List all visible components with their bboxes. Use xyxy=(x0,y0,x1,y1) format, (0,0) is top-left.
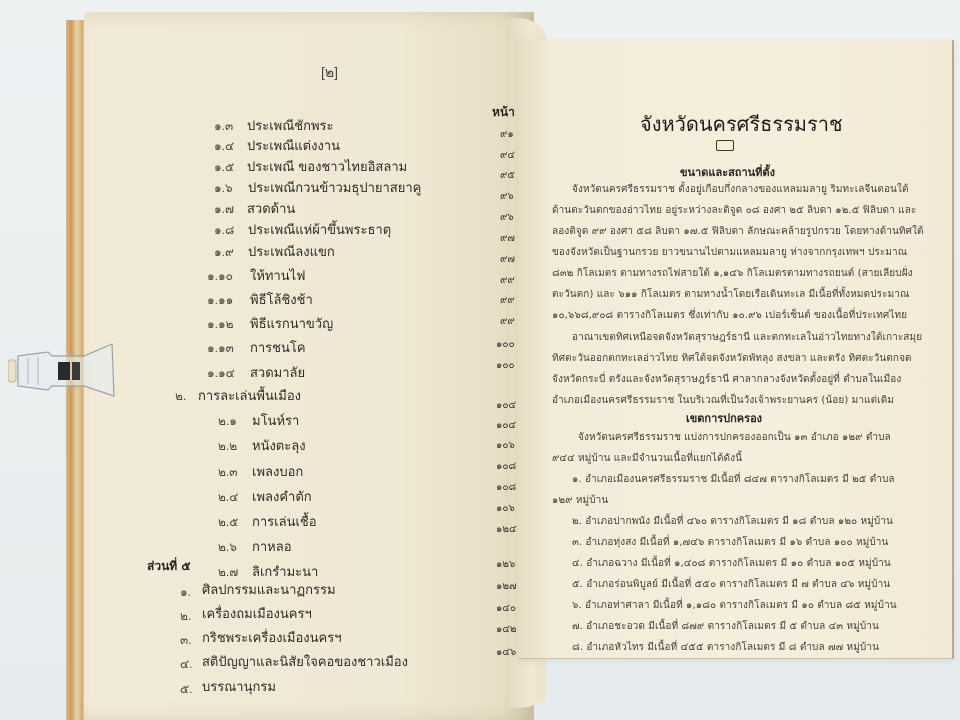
toc-page: ๑๐๐ xyxy=(496,358,515,373)
toc-label: กริชพระเครื่องเมืองนครฯ xyxy=(202,627,342,648)
toc-page: ๑๐๘ xyxy=(496,459,516,474)
toc-page: ๑๐๖ xyxy=(496,501,515,516)
toc-number: ๒.๓ xyxy=(218,463,237,482)
body-line: ๕. อำเภอร่อนพิบูลย์ มีเนื้อที่ ๕๕๐ ตาราง… xyxy=(572,577,890,592)
page-column-header: หน้า xyxy=(492,103,515,122)
toc-page: ๙๙ xyxy=(500,273,515,288)
toc-number: ๒. xyxy=(175,387,186,406)
body-line: ๘. อำเภอหัวไทร มีเนื้อที่ ๔๕๕ ตารางกิโลเ… xyxy=(572,640,879,655)
toc-page: ๙๖ xyxy=(500,210,514,225)
section-heading-administration: เขตการปกครอง xyxy=(686,409,762,427)
toc-number: ๒. xyxy=(180,607,191,626)
body-line: ตะวันตก) และ ๖๑๑ กิโลเมตร ตามทางน้ำโดยเร… xyxy=(552,287,909,302)
toc-page: ๙๖ xyxy=(500,189,514,204)
body-line: ของจังหวัดเป็นฐานกรวย ยาวขนานไปตามแหลมมล… xyxy=(552,245,907,260)
section-heading-size-location: ขนาดและสถานที่ตั้ง xyxy=(680,163,775,181)
toc-label: หนังตะลุง xyxy=(252,435,306,456)
toc-page: ๑๔๒ xyxy=(496,622,517,637)
toc-label: ให้ทานไฟ xyxy=(250,265,305,286)
body-line: ๑๒๙ หมู่บ้าน xyxy=(552,493,608,508)
toc-number: ๑.๖ xyxy=(214,179,233,198)
toc-page: ๙๙ xyxy=(500,293,515,308)
binder-clip-icon xyxy=(8,342,116,400)
toc-page: ๑๐๖ xyxy=(496,438,515,453)
toc-label: ศิลปกรรมและนาฏกรรม xyxy=(202,579,336,600)
section-page: ๑๒๖ xyxy=(496,557,515,572)
toc-label: สติปัญญาและนิสัยใจคอของชาวเมือง xyxy=(202,651,408,672)
toc-number: ๑.๘ xyxy=(214,221,234,240)
body-line: อำเภอเมืองนครศรีธรรมราช ในบริเวณที่เป็นว… xyxy=(552,393,894,408)
toc-page: ๙๗ xyxy=(500,231,515,246)
toc-number: ๑.๑๑ xyxy=(207,291,233,310)
toc-label: เครื่องถมเมืองนครฯ xyxy=(202,603,312,624)
body-line: จังหวัดนครศรีธรรมราช ตั้งอยู่เกือบกึ่งกล… xyxy=(572,182,909,197)
toc-page: ๑๐๔ xyxy=(496,398,516,413)
chapter-title: จังหวัดนครศรีธรรมราช xyxy=(640,108,843,140)
toc-number: ๒.๔ xyxy=(218,488,238,507)
toc-number: ๑.๑๓ xyxy=(207,339,234,358)
toc-label: ประเพณีลงแขก xyxy=(248,241,335,262)
toc-number: ๑.๑๔ xyxy=(207,364,235,383)
toc-number: ๒.๑ xyxy=(218,412,237,431)
toc-label: การชนโค xyxy=(250,337,306,358)
ornament-box-icon xyxy=(716,140,734,151)
toc-page: ๙๕ xyxy=(500,168,515,183)
toc-page: ๑๐๐ xyxy=(496,337,515,352)
toc-label: ประเพณีแห่ผ้าขึ้นพระธาตุ xyxy=(248,219,391,240)
toc-number: ๑.๕ xyxy=(214,158,234,177)
body-line: ๔. อำเภอฉวาง มีเนื้อที่ ๑,๔๐๘ ตารางกิโลเ… xyxy=(572,556,891,571)
toc-number: ๒.๕ xyxy=(218,513,238,532)
body-line: จังหวัดกระบี่ ตรังและจังหวัดสุราษฎร์ธานี… xyxy=(552,372,901,387)
toc-number: ๑.๑๐ xyxy=(207,267,233,286)
body-line: อาณาเขตทิศเหนือจดจังหวัดสุราษฎร์ธานี และ… xyxy=(572,330,922,345)
page-marker: [๒] xyxy=(321,62,338,84)
body-line: ๖. อำเภอท่าศาลา มีเนื้อที่ ๑,๑๘๐ ตารางกิ… xyxy=(572,598,897,613)
toc-label: สวดด้าน xyxy=(247,198,295,219)
body-line: ๗. อำเภอชะอวด มีเนื้อที่ ๘๗๙ ตารางกิโลเม… xyxy=(572,619,879,634)
toc-page: ๑๐๔ xyxy=(496,418,516,433)
toc-label: ประเพณีชักพระ xyxy=(247,115,334,136)
toc-label: กาหลอ xyxy=(252,536,292,557)
body-line: ๑. อำเภอเมืองนครศรีธรรมราช มีเนื้อที่ ๘๔… xyxy=(572,472,895,487)
toc-number: ๑.๑๒ xyxy=(207,315,233,334)
toc-label: การเล่นเชื้อ xyxy=(252,511,317,532)
toc-label: เพลงบอก xyxy=(252,461,303,482)
body-line: ด้านตะวันตกของอ่าวไทย อยู่ระหว่างละติจูด… xyxy=(552,203,916,218)
toc-label: ประเพณีแต่งงาน xyxy=(247,135,340,156)
toc-page: ๙๗ xyxy=(500,252,515,267)
body-line: ๙๔๔ หมู่บ้าน และมีจำนวนเนื้อที่แยกได้ดัง… xyxy=(552,451,742,466)
toc-page: ๑๔๐ xyxy=(496,601,516,616)
toc-number: ๓. xyxy=(180,631,192,650)
toc-label: ประเพณีกวนข้าวมธุปายาสยาคู xyxy=(248,177,421,198)
body-line: ทิศตะวันออกตกทะเลอ่าวไทย ทิศใต้จดจังหวัด… xyxy=(552,351,912,366)
toc-page: ๑๒๔ xyxy=(496,522,517,537)
toc-label: เพลงคำตัก xyxy=(252,486,312,507)
toc-label: การละเล่นพื้นเมือง xyxy=(198,385,301,406)
toc-number: ๑. xyxy=(180,583,191,602)
body-line: ๒. อำเภอปากพนัง มีเนื้อที่ ๔๖๐ ตารางกิโล… xyxy=(572,514,893,529)
toc-number: ๒.๒ xyxy=(218,437,237,456)
toc-number: ๑.๓ xyxy=(214,117,233,136)
toc-label: ประเพณี ของชาวไทยอิสลาม xyxy=(247,156,407,177)
toc-label: พิธีโล้ชิงช้า xyxy=(250,289,313,310)
toc-page: ๙๑ xyxy=(500,127,514,142)
body-line: จังหวัดนครศรีธรรมราช แบ่งการปกครองออกเป็… xyxy=(578,430,891,445)
toc-number: ๒.๖ xyxy=(218,538,237,557)
toc-number: ๑.๙ xyxy=(214,243,234,262)
toc-number: ๕. xyxy=(180,680,192,699)
toc-label: สวดมาลัย xyxy=(250,362,305,383)
toc-page: ๑๐๘ xyxy=(496,480,516,495)
toc-number: ๔. xyxy=(180,655,192,674)
body-line: ๘๓๒ กิโลเมตร ตามทางรถไฟสายใต้ ๑,๑๔๖ กิโล… xyxy=(552,266,913,281)
toc-number: ๑.๔ xyxy=(214,137,234,156)
section-title: ส่วนที่ ๕ xyxy=(147,557,190,576)
toc-page: ๑๒๗ xyxy=(496,579,516,594)
toc-number: ๑.๗ xyxy=(214,200,234,219)
toc-label: พิธีแรกนาขวัญ xyxy=(250,313,333,334)
body-line: ๓. อำเภอทุ่งสง มีเนื้อที่ ๑,๗๔๖ ตารางกิโ… xyxy=(572,535,888,550)
toc-label: มโนห์รา xyxy=(252,410,299,431)
toc-label: บรรณานุกรม xyxy=(202,676,276,697)
body-line: ลองติจูด ๙๙ องศา ๕๘ ลิบดา ๑๗.๕ ฟิลิบดา ล… xyxy=(552,224,924,239)
toc-page: ๙๔ xyxy=(500,148,515,163)
body-line: ๑๐,๖๖๘,๙๐๘ ตารางกิโลเมตร ซึ่งเท่ากับ ๑๐.… xyxy=(552,308,907,323)
toc-page: ๑๔๖ xyxy=(496,645,516,660)
toc-page: ๙๙ xyxy=(500,314,515,329)
